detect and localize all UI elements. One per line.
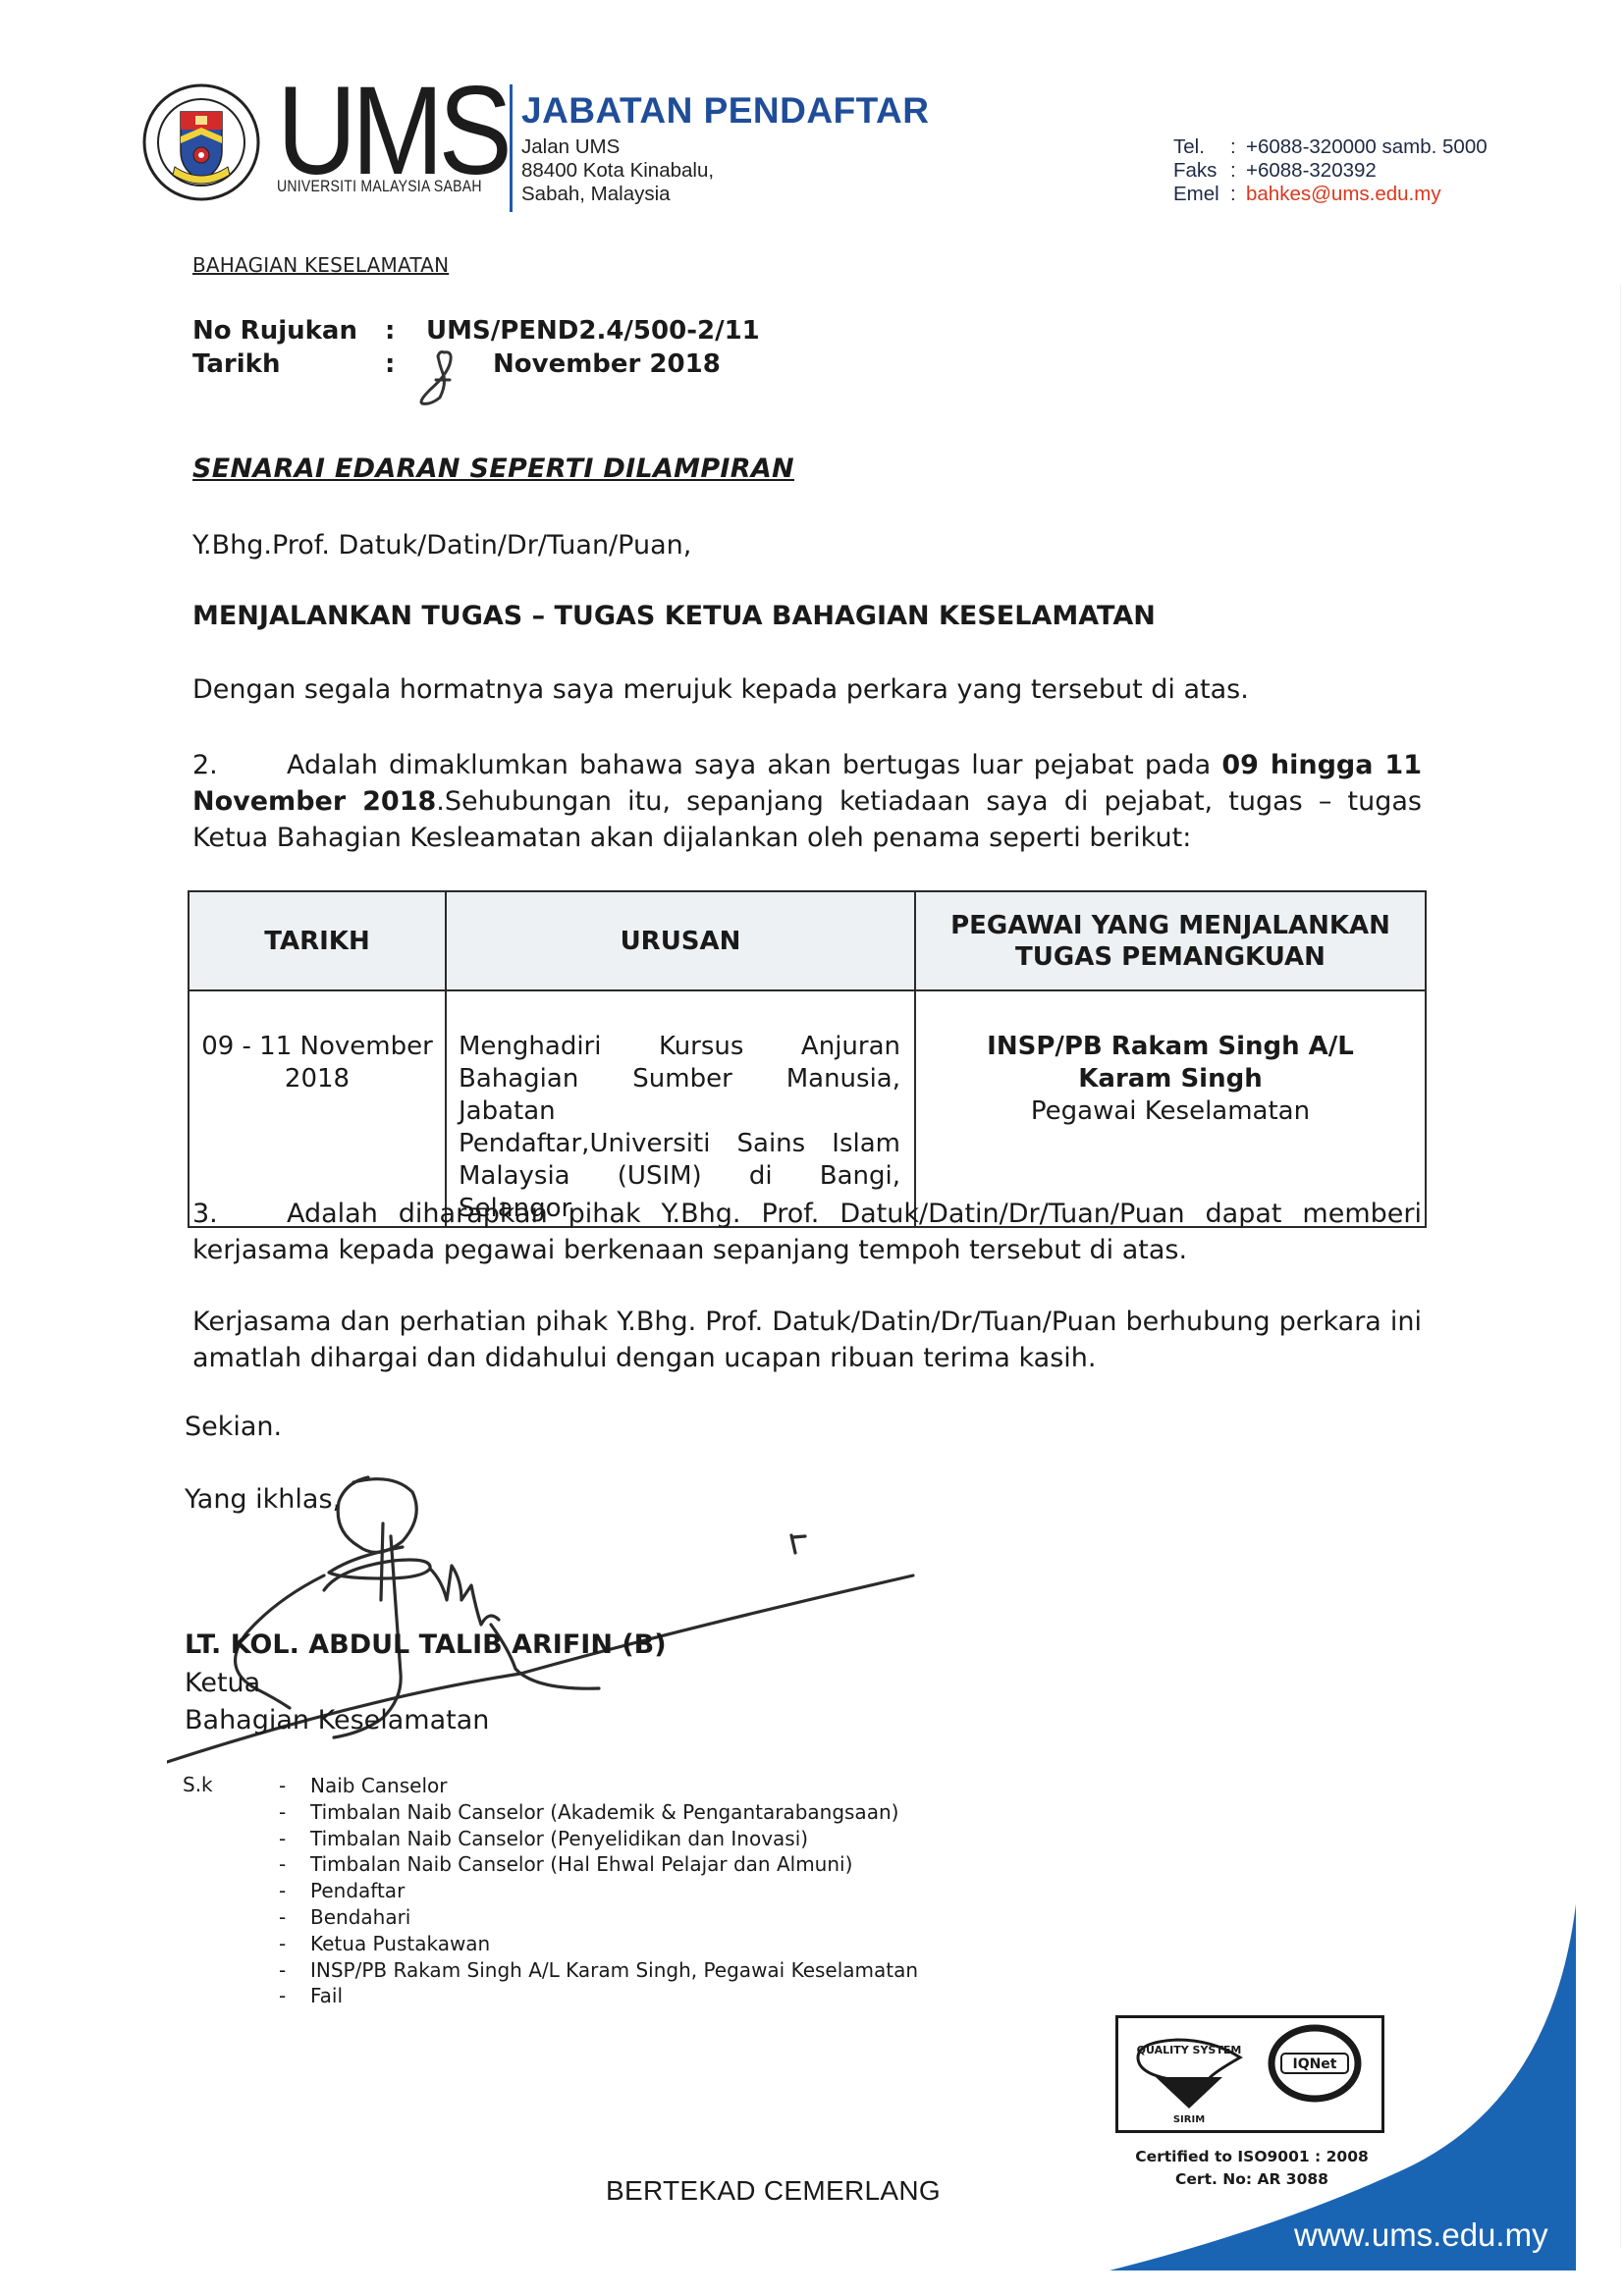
matter-line: Bahagian Sumber Manusia, Jabatan: [459, 1063, 900, 1128]
reference-block: No Rujukan : UMS/PEND2.4/500-2/11 Tarikh…: [192, 314, 760, 381]
contact-label: Emel: [1173, 183, 1230, 206]
reference-number-label: No Rujukan: [192, 314, 385, 347]
contact-block: Tel. : +6088-320000 samb. 5000 Faks : +6…: [1173, 135, 1488, 206]
paragraph-1: Dengan segala hormatnya saya merujuk kep…: [192, 674, 1249, 705]
cert-standard: Certified to ISO9001 : 2008: [1119, 2146, 1384, 2168]
list-item: -Timbalan Naib Canselor (Akademik & Peng…: [279, 1799, 918, 1826]
paragraph-number: 3.: [192, 1196, 287, 1232]
paragraph-4: Kerjasama dan perhatian pihak Y.Bhg. Pro…: [192, 1304, 1422, 1376]
bullet-dash: -: [279, 1904, 310, 1931]
certification-text: Certified to ISO9001 : 2008 Cert. No: AR…: [1119, 2146, 1384, 2191]
reference-number: UMS/PEND2.4/500-2/11: [426, 314, 760, 347]
cc-recipient: INSP/PB Rakam Singh A/L Karam Singh, Peg…: [310, 1957, 918, 1984]
paragraph-number: 2.: [192, 747, 287, 783]
duty-table: TARIKH URUSAN PEGAWAI YANG MENJALANKAN T…: [188, 890, 1427, 1228]
list-item: -Ketua Pustakawan: [279, 1931, 918, 1957]
contact-value: +6088-320392: [1246, 159, 1377, 183]
officer-title: Pegawai Keselamatan: [940, 1095, 1401, 1128]
cell-date: 09 - 11 November 2018: [189, 990, 446, 1227]
letter-subject: MENJALANKAN TUGAS – TUGAS KETUA BAHAGIAN…: [192, 601, 1156, 631]
contact-separator: :: [1230, 159, 1246, 183]
list-item: -Timbalan Naib Canselor (Hal Ehwal Pelaj…: [279, 1851, 918, 1878]
date-value: November 2018: [493, 347, 721, 381]
separator: :: [385, 314, 426, 347]
table-row: 09 - 11 November 2018 Menghadiri Kursus …: [189, 990, 1426, 1227]
bullet-dash: -: [279, 1773, 310, 1799]
ums-crest-logo: [141, 82, 261, 202]
column-header-matter: URUSAN: [446, 891, 915, 990]
bullet-dash: -: [279, 1983, 310, 2009]
matter-line: Pendaftar,Universiti Sains Islam: [459, 1128, 900, 1160]
cc-recipient: Fail: [310, 1983, 343, 2009]
email-link[interactable]: bahkes@ums.edu.my: [1246, 183, 1441, 206]
paragraph-text: Adalah dimaklumkan bahawa saya akan bert…: [287, 750, 1221, 780]
contact-label: Tel.: [1173, 135, 1230, 159]
cc-recipient: Naib Canselor: [310, 1773, 447, 1799]
bullet-dash: -: [279, 1851, 310, 1878]
salutation: Y.Bhg.Prof. Datuk/Datin/Dr/Tuan/Puan,: [192, 530, 691, 561]
paragraph-text: Adalah diharapkan pihak Y.Bhg. Prof. Dat…: [192, 1199, 1422, 1265]
cell-matter: Menghadiri Kursus Anjuran Bahagian Sumbe…: [446, 990, 915, 1227]
svg-text:SIRIM: SIRIM: [1173, 2114, 1205, 2125]
address-line: Sabah, Malaysia: [521, 183, 714, 206]
section-label: BAHAGIAN KESELAMATAN: [192, 253, 449, 277]
column-header-date: TARIKH: [189, 891, 446, 990]
paragraph-2: 2.Adalah dimaklumkan bahawa saya akan be…: [192, 747, 1422, 856]
handwritten-day-8: [410, 347, 460, 405]
bullet-dash: -: [279, 1957, 310, 1984]
officer-name: INSP/PB Rakam Singh A/L Karam Singh: [940, 1031, 1401, 1095]
list-item: -Bendahari: [279, 1904, 918, 1931]
motto: BERTEKAD CEMERLANG: [606, 2175, 941, 2207]
website-link[interactable]: www.ums.edu.my: [1294, 2216, 1548, 2254]
university-full-name: UNIVERSITI MALAYSIA SABAH: [277, 178, 482, 196]
signatory-role: Ketua Bahagian Keselamatan: [185, 1665, 489, 1739]
letterhead-divider: [510, 84, 513, 212]
date-row: Tarikh : November 2018: [192, 347, 760, 381]
column-header-officer: PEGAWAI YANG MENJALANKAN TUGAS PEMANGKUA…: [915, 891, 1426, 990]
cc-recipient: Pendaftar: [310, 1878, 405, 1904]
reference-number-row: No Rujukan : UMS/PEND2.4/500-2/11: [192, 314, 760, 347]
bullet-dash: -: [279, 1799, 310, 1826]
list-item: -INSP/PB Rakam Singh A/L Karam Singh, Pe…: [279, 1957, 918, 1984]
cc-label: S.k: [183, 1773, 213, 1796]
contact-fax: Faks : +6088-320392: [1173, 159, 1488, 183]
contact-email: Emel : bahkes@ums.edu.my: [1173, 183, 1488, 206]
closing: Sekian.: [185, 1412, 282, 1442]
cc-recipient: Timbalan Naib Canselor (Hal Ehwal Pelaja…: [310, 1851, 852, 1878]
bullet-dash: -: [279, 1878, 310, 1904]
svg-text:IQNet: IQNet: [1292, 2056, 1336, 2072]
signatory-unit: Bahagian Keselamatan: [185, 1702, 489, 1739]
contact-tel: Tel. : +6088-320000 samb. 5000: [1173, 135, 1488, 159]
bullet-dash: -: [279, 1826, 310, 1852]
cc-recipient: Timbalan Naib Canselor (Akademik & Penga…: [310, 1799, 898, 1826]
certification-logos: QUALITY SYSTEM SIRIM IQNet: [1115, 2015, 1384, 2133]
contact-separator: :: [1230, 183, 1246, 206]
list-item: -Timbalan Naib Canselor (Penyelidikan da…: [279, 1826, 918, 1852]
date-line: 2018: [190, 1063, 444, 1095]
department-name: JABATAN PENDAFTAR: [521, 90, 929, 132]
contact-value: +6088-320000 samb. 5000: [1246, 135, 1488, 159]
cc-list: -Naib Canselor -Timbalan Naib Canselor (…: [279, 1773, 918, 2009]
cc-recipient: Ketua Pustakawan: [310, 1931, 490, 1957]
contact-separator: :: [1230, 135, 1246, 159]
ums-wordmark: UMS: [277, 69, 507, 194]
scan-edge-line: [1620, 285, 1621, 2248]
bullet-dash: -: [279, 1931, 310, 1957]
signatory-name: LT. KOL. ABDUL TALIB ARIFIN (B): [185, 1629, 667, 1660]
svg-text:QUALITY SYSTEM: QUALITY SYSTEM: [1137, 2044, 1242, 2056]
contact-label: Faks: [1173, 159, 1230, 183]
cell-officer: INSP/PB Rakam Singh A/L Karam Singh Pega…: [915, 990, 1426, 1227]
date-line: 09 - 11 November: [190, 1031, 444, 1063]
matter-line: Menghadiri Kursus Anjuran: [459, 1031, 900, 1063]
department-address: Jalan UMS 88400 Kota Kinabalu, Sabah, Ma…: [521, 135, 714, 206]
list-item: -Fail: [279, 1983, 918, 2009]
circulation-title: SENARAI EDARAN SEPERTI DILAMPIRAN: [192, 454, 794, 484]
list-item: -Pendaftar: [279, 1878, 918, 1904]
table-header-row: TARIKH URUSAN PEGAWAI YANG MENJALANKAN T…: [189, 891, 1426, 990]
cert-number: Cert. No: AR 3088: [1119, 2168, 1384, 2191]
list-item: -Naib Canselor: [279, 1773, 918, 1799]
date-label: Tarikh: [192, 347, 385, 381]
signatory-position: Ketua: [185, 1665, 489, 1702]
quality-system-sirim-logo: QUALITY SYSTEM SIRIM IQNet: [1118, 2018, 1381, 2130]
address-line: 88400 Kota Kinabalu,: [521, 159, 714, 183]
cc-recipient: Bendahari: [310, 1904, 410, 1931]
paragraph-3: 3.Adalah diharapkan pihak Y.Bhg. Prof. D…: [192, 1196, 1422, 1268]
cc-recipient: Timbalan Naib Canselor (Penyelidikan dan…: [310, 1826, 808, 1852]
column-header-officer-text: PEGAWAI YANG MENJALANKAN TUGAS PEMANGKUA…: [950, 911, 1390, 972]
address-line: Jalan UMS: [521, 135, 714, 159]
